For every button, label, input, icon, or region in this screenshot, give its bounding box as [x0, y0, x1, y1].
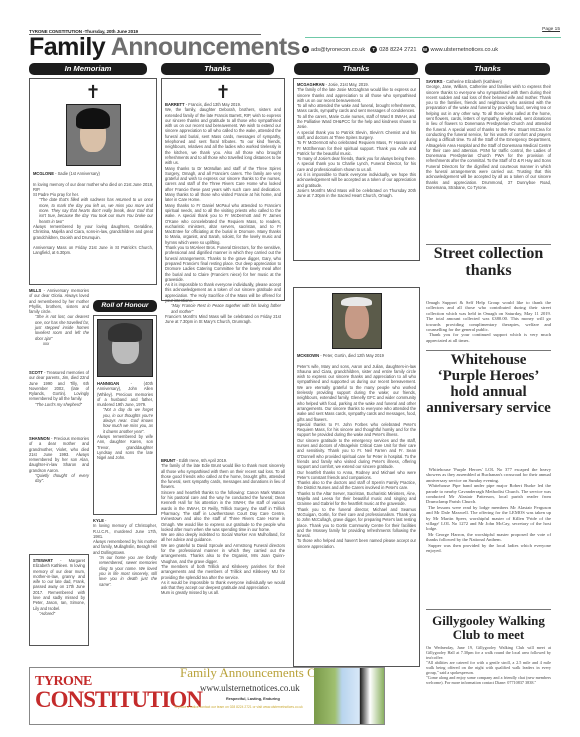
cross-icon: ✝	[165, 82, 281, 102]
notice-subtitle: - Francis, died 13th May 2019.	[185, 102, 241, 107]
section-header-thanks: Thanks	[294, 63, 418, 75]
photo-mckeown	[332, 293, 382, 349]
notice-verse: "May Francie Rest in Peace together with…	[165, 303, 281, 314]
article-text: Whitehouse 'Purple Heroes' LOL No 377 es…	[426, 467, 551, 483]
notice-text: Thanks to the Altar Server, Sacristan, E…	[297, 491, 416, 507]
masthead-green-rule	[305, 37, 561, 38]
notice-text: In loving memory of Christopher, R.U.C.R…	[93, 523, 157, 539]
article-text: Thank you for your continued support whi…	[426, 332, 551, 342]
notice-shannon: SHANNON - Precious memories of a dear mo…	[29, 436, 89, 484]
article-headline: Street collection thanks	[426, 245, 551, 279]
notice-subtitle: - Peter, Gortin, died 12th May 2019	[319, 353, 384, 358]
notice-text: St Padre Pio pray for her.	[33, 192, 79, 197]
notice-name: SAYERS	[426, 79, 442, 84]
website-link[interactable]: www.ulsternetnotices.co.uk	[431, 47, 498, 53]
notice-text: Thank you to McAleer Bros. Funeral Direc…	[165, 245, 281, 282]
article-whitehouse: Whitehouse 'Purple Heroes' LOL No 377 es…	[426, 467, 551, 554]
page-title: Family Announcements	[29, 33, 300, 61]
notice-text: Peter's wife, Mary and sons, Aaron and J…	[297, 364, 416, 422]
notice-mcglone: ✝ MCGLONE - Sadie (1st Anniversary) In l…	[29, 78, 157, 285]
article-text: Mr George Harron, the worshipful master …	[426, 532, 551, 542]
article-text: "Come along and enjoy some company and a…	[426, 675, 551, 685]
notice-text: We, the family, daughter Deborah, brothe…	[165, 107, 281, 165]
notice-name: MILLS	[29, 288, 41, 293]
notice-stewart: STEWART - Margaret Elizabeth Kathleen. I…	[29, 554, 89, 646]
notice-text: To all the carers, Marie Curie nurses, s…	[297, 114, 416, 130]
notice-text: Always remembered by his mother and fami…	[93, 539, 157, 555]
banner-url[interactable]: www.ulsternetnotices.co.uk	[200, 683, 300, 693]
notice-text: Mum is greatly missed by us all.	[161, 590, 219, 595]
notice-hannigan: HANNIGAN - (40th Anniversary), John Alle…	[93, 315, 157, 515]
banner-contact-line: To place a notice contact our team on 02…	[174, 705, 303, 709]
notice-text: A special thank you to Patrick Slevin, S…	[297, 130, 416, 140]
notice-text: George, Jane, William, Catherine and fam…	[426, 84, 551, 190]
notice-text: As it is impossible to thank everyone in…	[165, 282, 281, 303]
notice-text: The members of both Trillick and Kilskee…	[161, 564, 285, 580]
title-announcements: Announcements	[111, 33, 300, 61]
article-gillygooley: On Wednesday, June 19, Gillygooley Walki…	[426, 645, 551, 685]
banner-image	[314, 668, 384, 724]
section-header-thanks: Thanks	[161, 63, 274, 75]
notice-text: Special thanks to Fr. John Forbes who ce…	[297, 422, 416, 438]
notice-subtitle: - Edith Irene, 6th April 2019.	[175, 458, 227, 463]
notice-mills: MILLS - Anniversary memories of our dear…	[29, 288, 89, 346]
notice-brunt: BRUNT - Edith Irene, 6th April 2019. The…	[161, 458, 285, 596]
phone-number: 028 8224 2721	[379, 47, 416, 53]
notice-text: To all who attended the wake and funeral…	[297, 103, 416, 113]
notice-verse: "The Lord's my shepherd"	[29, 402, 89, 407]
notice-text: As it would be impossible to thank every…	[161, 580, 285, 590]
notice-text: - Margaret Elizabeth Kathleen. In loving…	[33, 558, 85, 611]
notice-text: Sincere and heartfelt thanks to the foll…	[161, 490, 285, 532]
notice-verse: "Not a day do we forget you, in our thou…	[97, 407, 153, 433]
notice-name: MCGAGHRAN	[297, 82, 325, 87]
notice-name: SHANNON	[29, 436, 50, 441]
section-header-in-memoriam: In Memoriam	[29, 63, 147, 75]
notice-text: The family of the late Josie McGaghran w…	[297, 87, 416, 103]
cross-icon: ✝	[33, 82, 153, 102]
notice-subtitle: - Josie, 21st May, 2019.	[325, 82, 369, 87]
page-number: Page 15	[542, 27, 560, 32]
notice-text: Our heartfelt thanks to Anna, Rodney and…	[297, 470, 416, 480]
notice-text: Josie's Month's Mind Mass will be celebr…	[297, 188, 416, 198]
notice-name: MCKEOWN	[297, 353, 319, 358]
email-icon: E	[302, 46, 309, 53]
notice-text: As it is impossible to thank everyone in…	[297, 172, 416, 188]
notice-sayers: SAYERS - Catherine Elizabeth (Kathleen) …	[426, 79, 551, 190]
logo-constitution: CONSTITUTION	[35, 687, 202, 713]
notice-name: KYLE	[93, 518, 104, 523]
notice-name: STEWART	[33, 558, 53, 563]
phone-icon: T	[370, 46, 377, 53]
notice-text: Francie's Month's Mind Mass will be cele…	[165, 314, 281, 324]
notice-verse: "In our home you are fondly remembered, …	[93, 555, 157, 587]
notice-verse: "The date that's filled with sadness has…	[33, 197, 153, 223]
notice-text: Always remembered by wife Ann, daughter …	[97, 434, 153, 460]
notice-text: Many thanks to Dr McMullan and staff of …	[165, 166, 281, 203]
notice-text: To many of Josie's dear friends, thank y…	[297, 156, 416, 161]
notice-text: Thanks also to the doctors and staff of …	[297, 480, 416, 490]
notice-text: Many thanks to Fr Daniel McPaul who atte…	[165, 203, 281, 245]
photo-mcglone	[66, 104, 121, 166]
notice-text: Thank you to the funeral director, Micha…	[297, 507, 416, 538]
notice-text: To those who helped and haven't been nam…	[297, 538, 416, 548]
notice-name: MCGLONE	[33, 171, 54, 176]
notice-verse: "She is not lost, our dearest one, nor h…	[29, 314, 89, 340]
section-header-thanks: Thanks	[425, 63, 550, 75]
column-divider	[426, 350, 551, 351]
title-family: Family	[29, 33, 105, 61]
notice-text: A special thank you to Charlie Lynch, Fu…	[297, 161, 416, 171]
notice-name: HANNIGAN	[97, 381, 119, 386]
section-header-roll-of-honour: Roll of Honour	[93, 300, 157, 312]
notice-mckeown: MCKEOWN - Peter, Gortin, died 12th May 2…	[293, 287, 420, 667]
notice-barrett: ✝ BARRETT - Francis, died 13th May 2019.…	[161, 78, 285, 301]
notice-text: The family of the late Edie Brunt would …	[161, 463, 285, 489]
notice-subtitle: - Sadie (1st Anniversary)	[54, 171, 100, 176]
online-notices-banner[interactable]: TYRONE CONSTITUTION Family Announcements…	[29, 667, 385, 725]
notice-text: We are grateful to David Sproule and Arm…	[161, 543, 285, 564]
article-text: On Wednesday, June 19, Gillygooley Walki…	[426, 645, 551, 660]
article-text: Supper was then provided by the local la…	[426, 543, 551, 553]
notice-text: Anniversary Mass on Friday 21st June in …	[33, 245, 153, 255]
notice-subtitle: - Catherine Elizabeth (Kathleen)	[442, 79, 501, 84]
notice-text: - Precious memories of a dear mother and…	[29, 436, 89, 473]
notice-text: - Treasured memories of our dear parents…	[29, 370, 89, 401]
column-divider	[426, 609, 551, 610]
notice-text: We are also deeply indebted to Social Wo…	[161, 532, 285, 542]
notice-verse: "Adored"	[33, 611, 85, 616]
notice-kyle: KYLE - In loving memory of Christopher, …	[93, 518, 157, 587]
article-headline: Whitehouse ‘Purple Heroes’ hold annual a…	[426, 352, 551, 416]
web-contact[interactable]: Wwww.ulsternetnotices.co.uk	[422, 46, 498, 53]
notice-text: Our sincere gratitude to the emergency s…	[297, 438, 416, 469]
phone-contact: T028 8224 2721	[370, 46, 416, 53]
notice-scott: SCOTT - Treasured memories of our dear p…	[29, 370, 89, 407]
notice-text: To Fr McDermott who celebrated Requiem M…	[297, 140, 416, 156]
notice-name: BARRETT	[165, 102, 185, 107]
banner-tagline: Respectful, Lasting, Enduring	[226, 697, 280, 701]
article-text: The lessons were read by lodge members M…	[426, 505, 551, 532]
article-text: Omagh Support & Self Help Group would li…	[426, 300, 551, 332]
notice-name: BRUNT	[161, 458, 175, 463]
article-headline: Gillygooley Walking Club to meet	[426, 614, 551, 642]
email-link[interactable]: ads@tyronecon.co.uk	[311, 47, 365, 53]
notice-verse: "Quietly thought of every day".	[29, 473, 89, 484]
contact-bar: Eads@tyronecon.co.uk T028 8224 2721 Wwww…	[302, 46, 498, 53]
notice-text: xxx	[29, 341, 89, 346]
email-contact[interactable]: Eads@tyronecon.co.uk	[302, 46, 365, 53]
notice-mcgaghran: MCGAGHRAN - Josie, 21st May, 2019. The f…	[293, 78, 420, 261]
web-icon: W	[422, 46, 429, 53]
photo-hannigan	[97, 319, 153, 377]
article-text: "All abilities are catered for with a ge…	[426, 660, 551, 675]
article-text: Whitehouse Pipe band under pipe major Ro…	[426, 483, 551, 504]
article-street-collection: Omagh Support & Self Help Group would li…	[426, 300, 551, 343]
notice-name: SCOTT	[29, 370, 43, 375]
notice-text: Always remembered by your loving daughte…	[33, 224, 153, 240]
notice-text: In loving memory of our dear mother who …	[33, 182, 153, 192]
